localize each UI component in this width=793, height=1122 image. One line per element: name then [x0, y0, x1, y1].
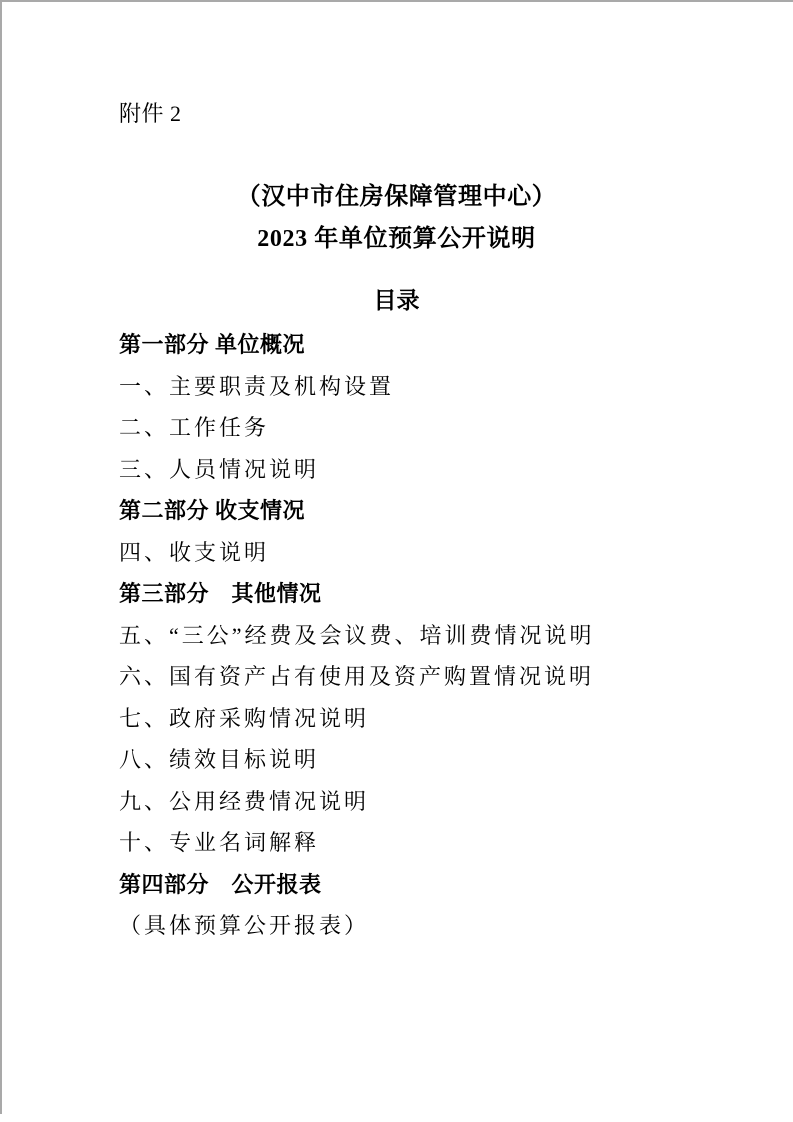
attachment-label: 附件 2	[119, 102, 182, 126]
document-page: 附件 2 （汉中市住房保障管理中心） 2023 年单位预算公开说明 目录 第一部…	[0, 0, 793, 1122]
page-edge-left-line	[0, 0, 2, 1114]
toc-part-1-heading: 第一部分 单位概况	[119, 323, 699, 365]
toc-item-7: 七、政府采购情况说明	[119, 697, 699, 739]
toc-heading: 目录	[0, 288, 793, 313]
toc-item-9: 九、公用经费情况说明	[119, 780, 699, 822]
toc-item-3: 三、人员情况说明	[119, 448, 699, 490]
toc-item-10: 十、专业名词解释	[119, 821, 699, 863]
toc-item-2: 二、工作任务	[119, 406, 699, 448]
toc-item-6: 六、国有资产占有使用及资产购置情况说明	[119, 655, 699, 697]
toc-item-8: 八、绩效目标说明	[119, 738, 699, 780]
title-line-2: 2023 年单位预算公开说明	[0, 218, 793, 260]
toc-note: （具体预算公开报表）	[119, 904, 699, 946]
toc-part-4-heading: 第四部分 公开报表	[119, 863, 699, 905]
toc-part-2-heading: 第二部分 收支情况	[119, 489, 699, 531]
document-title: （汉中市住房保障管理中心） 2023 年单位预算公开说明	[0, 176, 793, 260]
toc-item-1: 一、主要职责及机构设置	[119, 365, 699, 407]
toc-item-4: 四、收支说明	[119, 531, 699, 573]
page-edge-top-line	[0, 0, 793, 2]
title-line-1: （汉中市住房保障管理中心）	[0, 176, 793, 218]
toc-list: 第一部分 单位概况 一、主要职责及机构设置 二、工作任务 三、人员情况说明 第二…	[119, 323, 699, 946]
toc-part-3-heading: 第三部分 其他情况	[119, 572, 699, 614]
toc-item-5: 五、“三公”经费及会议费、培训费情况说明	[119, 614, 699, 656]
